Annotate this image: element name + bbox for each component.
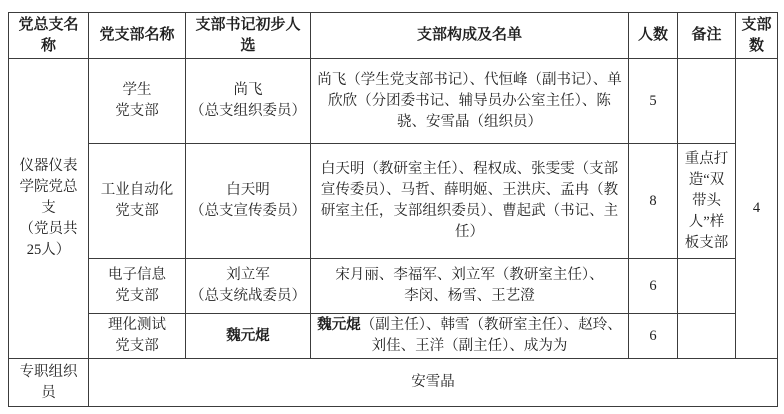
header-roster: 支部构成及名单 [311,13,629,59]
cell-secretary: 尚飞 （总支组织委员） [186,59,311,144]
header-group-name: 党总支名 称 [9,13,89,59]
table-row-automation-branch: 工业自动化 党支部 白天明 （总支宣传委员） 白天明（教研室主任）、程权成、张雯… [9,144,778,259]
table-row-organizer: 专职组织 员 安雪晶 [9,359,778,407]
party-branch-table: 党总支名 称 党支部名称 支部书记初步人选 支部构成及名单 人数 备注 支部 数… [8,12,778,407]
table-row-electronics-branch: 电子信息 党支部 刘立军 （总支统战委员） 宋月丽、李福军、刘立军（教研室主任）… [9,259,778,314]
cell-note [678,259,736,314]
cell-roster: 宋月丽、李福军、刘立军（教研室主任）、 李闵、杨雪、王艺澄 [311,259,629,314]
header-branch-total: 支部 数 [736,13,778,59]
cell-roster: 白天明（教研室主任）、程权成、张雯雯（支部宣传委员）、马哲、薛明姬、王洪庆、孟冉… [311,144,629,259]
header-note: 备注 [678,13,736,59]
cell-organizer-value: 安雪晶 [89,359,778,407]
cell-roster: 魏元焜（副主任）、韩雪（教研室主任）、赵玲、刘佳、王洋（副主任）、成为为 [311,314,629,359]
roster-rest: （副主任）、韩雪（教研室主任）、赵玲、刘佳、王洋（副主任）、成为为 [361,317,622,354]
header-secretary: 支部书记初步人选 [186,13,311,59]
cell-note [678,314,736,359]
cell-member-count: 8 [629,144,678,259]
cell-branch-total: 4 [736,59,778,359]
table-row-student-branch: 仪器仪表 学院党总 支 （党员共 25人） 学生 党支部 尚飞 （总支组织委员）… [9,59,778,144]
roster-bold-name: 魏元焜 [317,317,361,333]
cell-member-count: 6 [629,314,678,359]
cell-secretary: 魏元焜 [186,314,311,359]
cell-branch-name: 学生 党支部 [89,59,186,144]
cell-roster: 尚飞（学生党支部书记）、代恒峰（副书记）、单欣欣（分团委书记、辅导员办公室主任）… [311,59,629,144]
cell-note: 重点打 造“双 带头 人”样 板支部 [678,144,736,259]
header-row: 党总支名 称 党支部名称 支部书记初步人选 支部构成及名单 人数 备注 支部 数 [9,13,778,59]
header-member-count: 人数 [629,13,678,59]
cell-branch-name: 工业自动化 党支部 [89,144,186,259]
header-branch-name: 党支部名称 [89,13,186,59]
table-row-testing-branch: 理化测试 党支部 魏元焜 魏元焜（副主任）、韩雪（教研室主任）、赵玲、刘佳、王洋… [9,314,778,359]
cell-member-count: 6 [629,259,678,314]
cell-secretary: 白天明 （总支宣传委员） [186,144,311,259]
cell-branch-name: 电子信息 党支部 [89,259,186,314]
cell-note [678,59,736,144]
cell-member-count: 5 [629,59,678,144]
cell-group-name: 仪器仪表 学院党总 支 （党员共 25人） [9,59,89,359]
cell-organizer-label: 专职组织 员 [9,359,89,407]
cell-branch-name: 理化测试 党支部 [89,314,186,359]
cell-secretary: 刘立军 （总支统战委员） [186,259,311,314]
